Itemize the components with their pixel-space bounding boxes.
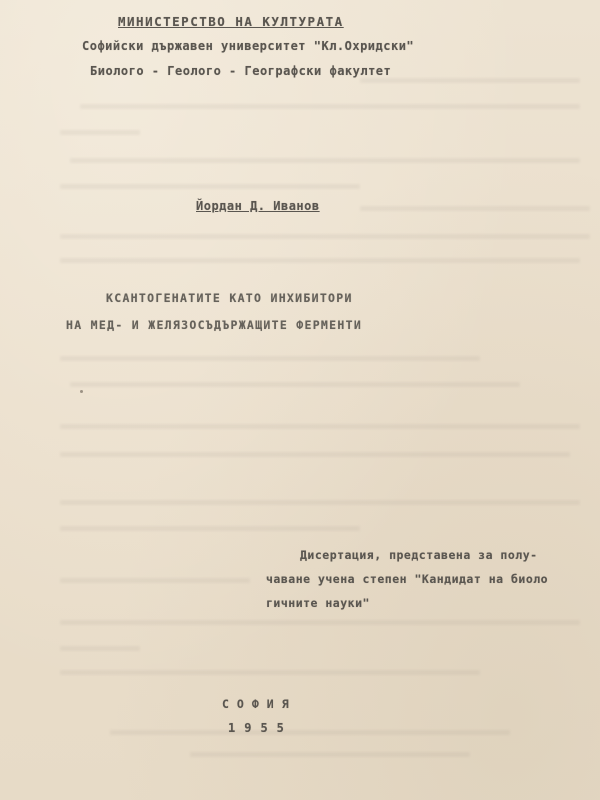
bleed-through-mark — [190, 752, 470, 757]
bleed-through-mark — [60, 500, 580, 505]
city-name: СОФИЯ — [222, 697, 297, 711]
bleed-through-mark — [60, 452, 570, 457]
bleed-through-mark — [60, 130, 140, 135]
university-name: Софийски държавен университет "Кл.Охридс… — [82, 39, 414, 53]
thesis-title-line-2: НА МЕД- И ЖЕЛЯЗОСЪДЪРЖАЩИТЕ ФЕРМЕНТИ — [66, 318, 362, 332]
bleed-through-mark — [60, 184, 360, 189]
bleed-through-mark — [60, 356, 480, 361]
bleed-through-mark — [60, 670, 480, 675]
ministry-heading: МИНИСТЕРСТВО НА КУЛТУРАТА — [118, 14, 344, 29]
bleed-through-mark — [60, 620, 580, 625]
dissertation-note-line-3: гичните науки" — [266, 596, 370, 610]
bleed-through-mark — [60, 526, 360, 531]
bleed-through-mark — [80, 104, 580, 109]
bleed-through-mark — [60, 646, 140, 651]
bleed-through-mark — [360, 206, 590, 211]
author-name: Йордан Д. Иванов — [196, 199, 320, 213]
faculty-name: Биолого - Геолого - Географски факултет — [90, 64, 391, 78]
bleed-through-mark — [60, 578, 250, 583]
dissertation-note-line-2: чаване учена степен "Кандидат на биоло — [266, 572, 548, 586]
dissertation-note-line-1: Дисертация, представена за полу- — [300, 548, 538, 562]
bleed-through-mark — [60, 258, 580, 263]
bleed-through-mark — [60, 424, 580, 429]
thesis-title-line-1: КСАНТОГЕНАТИТЕ КАТО ИНХИБИТОРИ — [106, 291, 353, 305]
bleed-through-mark — [360, 78, 580, 83]
bleed-through-mark — [70, 158, 580, 163]
bleed-through-mark — [110, 730, 510, 735]
bleed-through-mark — [70, 382, 520, 387]
typewritten-title-page: МИНИСТЕРСТВО НА КУЛТУРАТА Софийски държа… — [0, 0, 600, 800]
paper-speck — [80, 390, 83, 393]
year: 1955 — [228, 721, 293, 735]
bleed-through-mark — [60, 234, 590, 239]
